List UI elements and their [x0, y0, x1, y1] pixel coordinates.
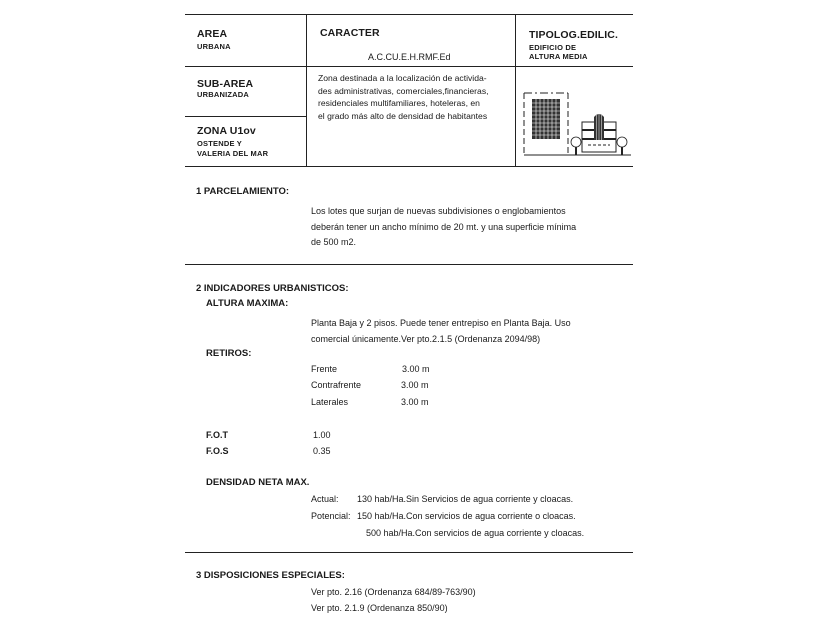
retiro-frente-value: 3.00 m [402, 364, 430, 374]
retiro-laterales-label: Laterales [311, 397, 348, 407]
fos-label: F.O.S [206, 446, 229, 456]
text-line: Ver pto. 2.1.9 (Ordenanza 850/90) [311, 600, 476, 616]
fos-value: 0.35 [313, 446, 331, 456]
table-col-divider-1 [306, 14, 307, 166]
description-line: des administrativas, comerciales,financi… [318, 85, 489, 98]
caracter-description: Zona destinada a la localización de acti… [318, 72, 489, 122]
retiro-contrafrente-value: 3.00 m [401, 380, 429, 390]
area-value: URBANA [197, 42, 231, 51]
densidad-title: DENSIDAD NETA MAX. [206, 477, 309, 488]
densidad-potencial-label: Potencial: [311, 511, 351, 521]
disposiciones-title: 3 DISPOSICIONES ESPECIALES: [196, 570, 345, 581]
section-divider [185, 264, 633, 265]
densidad-actual-value: 130 hab/Ha.Sin Servicios de agua corrien… [357, 494, 573, 504]
densidad-potencial-value-2: 500 hab/Ha.Con servicios de agua corrien… [366, 528, 584, 538]
zona-label: ZONA U1ov [197, 125, 256, 137]
zona-value-2: VALERIA DEL MAR [197, 149, 268, 158]
text-line: Planta Baja y 2 pisos. Puede tener entre… [311, 315, 571, 331]
building-elevation-icon [518, 85, 633, 160]
retiro-contrafrente-label: Contrafrente [311, 380, 361, 390]
parcelamiento-text: Los lotes que surjan de nuevas subdivisi… [311, 204, 576, 251]
section-divider [185, 552, 633, 553]
indicadores-title: 2 INDICADORES URBANISTICOS: [196, 283, 349, 294]
densidad-actual-label: Actual: [311, 494, 339, 504]
description-line: el grado más alto de densidad de habitan… [318, 110, 489, 123]
tipologia-value-1: EDIFICIO DE [529, 43, 576, 52]
retiro-frente-label: Frente [311, 364, 337, 374]
description-line: Zona destinada a la localización de acti… [318, 72, 489, 85]
fot-value: 1.00 [313, 430, 331, 440]
table-bottom-border [185, 166, 633, 167]
retiros-title: RETIROS: [206, 348, 251, 359]
text-line: Los lotes que surjan de nuevas subdivisi… [311, 204, 576, 220]
disposiciones-text: Ver pto. 2.16 (Ordenanza 684/89-763/90) … [311, 584, 476, 616]
table-top-border [185, 14, 633, 15]
altura-title: ALTURA MAXIMA: [206, 298, 288, 309]
area-label: AREA [197, 28, 227, 40]
description-line: residenciales multifamiliares, hoteleras… [318, 97, 489, 110]
parcelamiento-title: 1 PARCELAMIENTO: [196, 186, 289, 197]
densidad-potencial-value-1: 150 hab/Ha.Con servicios de agua corrien… [357, 511, 576, 521]
text-line: deberán tener un ancho mínimo de 20 mt. … [311, 220, 576, 236]
text-line: de 500 m2. [311, 235, 576, 251]
altura-text: Planta Baja y 2 pisos. Puede tener entre… [311, 315, 571, 347]
caracter-label: CARACTER [320, 27, 380, 39]
tipologia-label: TIPOLOG.EDILIC. [529, 29, 618, 41]
subarea-label: SUB-AREA [197, 78, 253, 90]
text-line: comercial únicamente.Ver pto.2.1.5 (Orde… [311, 331, 571, 347]
text-line: Ver pto. 2.16 (Ordenanza 684/89-763/90) [311, 584, 476, 600]
zona-value-1: OSTENDE Y [197, 139, 242, 148]
fot-label: F.O.T [206, 430, 228, 440]
retiro-laterales-value: 3.00 m [401, 397, 429, 407]
table-col-divider-2 [515, 14, 516, 166]
table-row-divider [185, 66, 633, 67]
subarea-value: URBANIZADA [197, 90, 249, 99]
table-left-divider [185, 116, 306, 117]
tipologia-value-2: ALTURA MEDIA [529, 52, 588, 61]
caracter-code: A.C.CU.E.H.RMF.Ed [368, 52, 451, 62]
